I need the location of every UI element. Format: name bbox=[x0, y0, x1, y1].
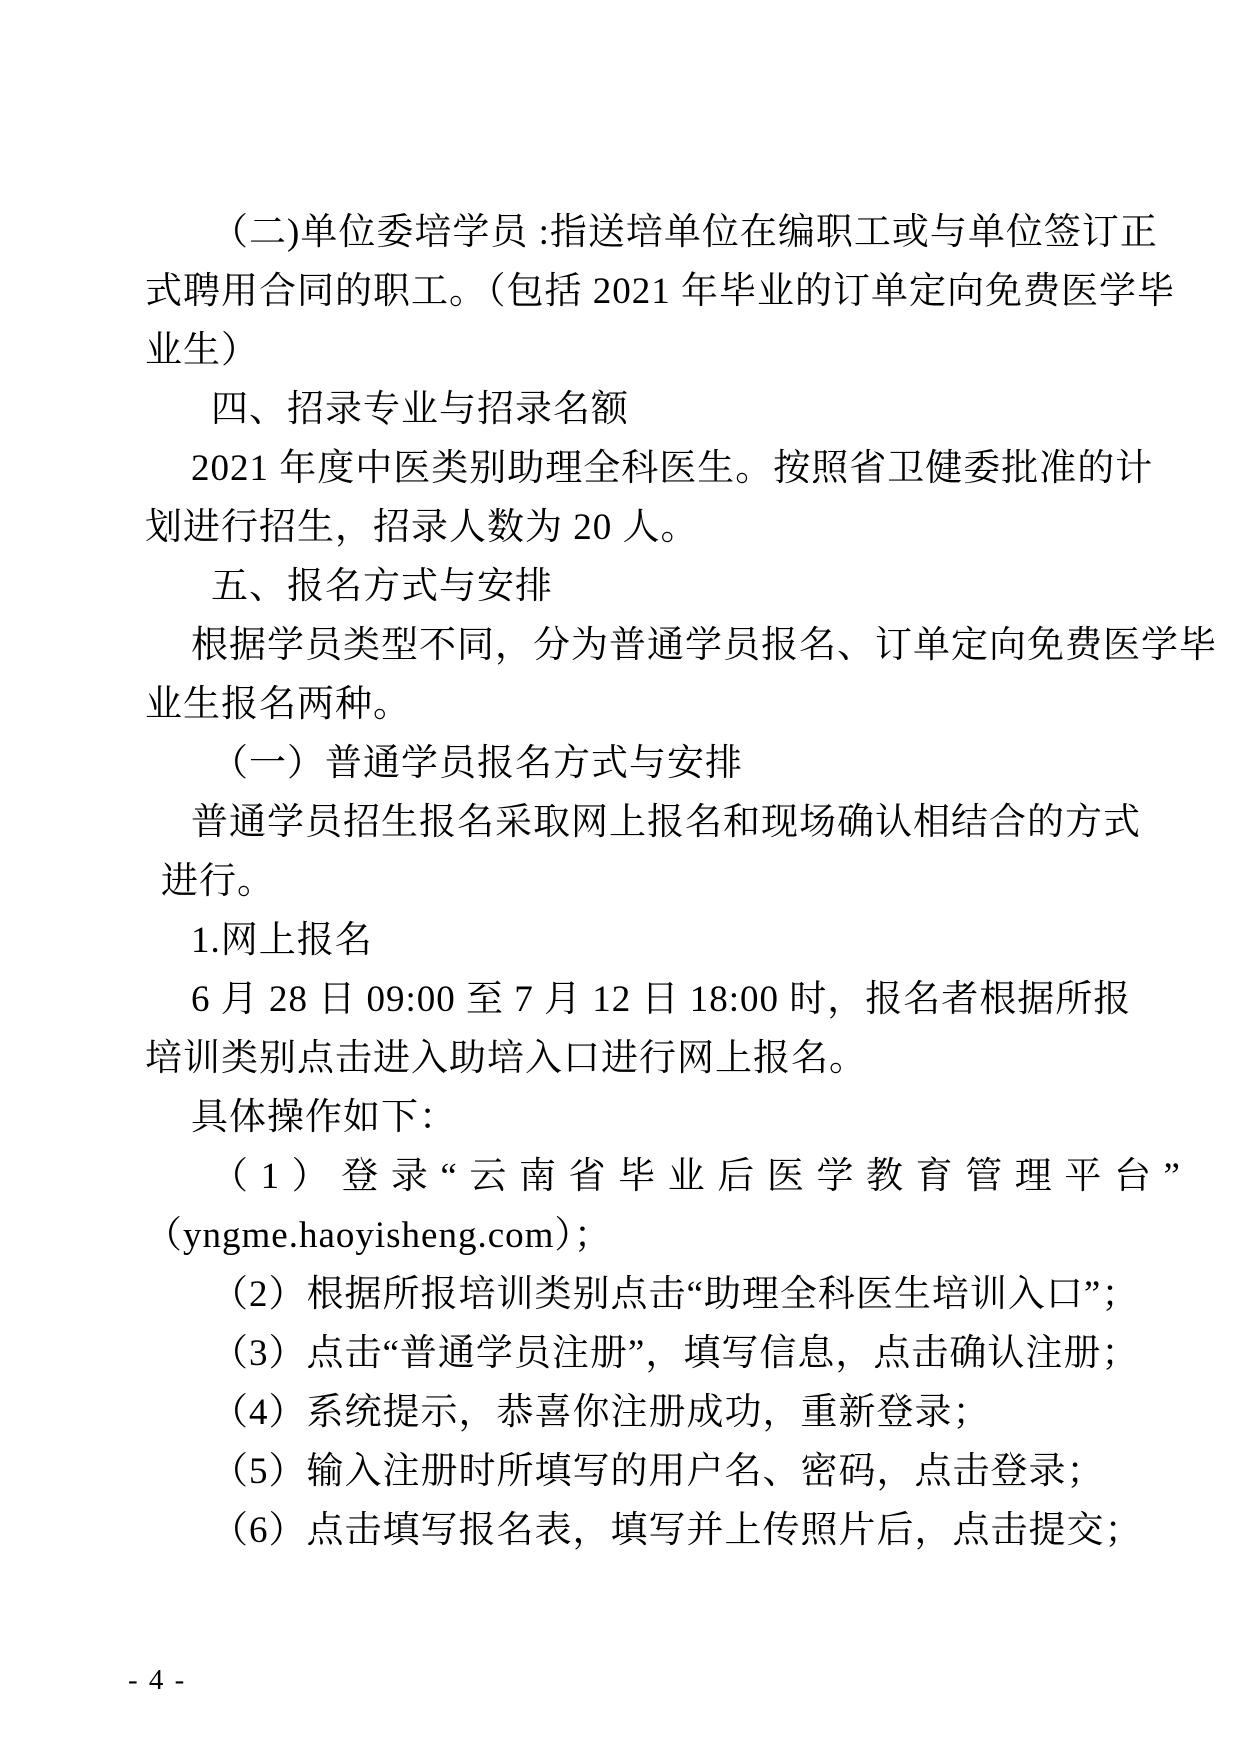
document-body: （二)单位委培学员 :指送培单位在编职工或与单位签订正 式聘用合同的职工。（包括… bbox=[145, 203, 1107, 1560]
doc-line: 业生报名两种。 bbox=[145, 675, 1107, 734]
list-item: （2）根据所报培训类别点击“助理全科医生培训入口”； bbox=[145, 1265, 1107, 1324]
section-heading: 五、报名方式与安排 bbox=[145, 557, 1107, 616]
doc-line: 2021 年度中医类别助理全科医生。按照省卫健委批准的计 bbox=[145, 439, 1107, 498]
section-heading: 四、招录专业与招录名额 bbox=[145, 380, 1107, 439]
doc-line: 式聘用合同的职工。（包括 2021 年毕业的订单定向免费医学毕 bbox=[145, 262, 1107, 321]
doc-line: 根据学员类型不同，分为普通学员报名、订单定向免费医学毕 bbox=[145, 616, 1107, 675]
doc-line: 进行。 bbox=[145, 852, 1107, 911]
list-heading: 1.网上报名 bbox=[145, 911, 1107, 970]
subsection-heading: （一）普通学员报名方式与安排 bbox=[145, 734, 1107, 793]
doc-line: 普通学员招生报名采取网上报名和现场确认相结合的方式 bbox=[145, 793, 1107, 852]
doc-line: 业生） bbox=[145, 321, 1107, 380]
doc-line: 划进行招生，招录人数为 20 人。 bbox=[145, 498, 1107, 557]
page-number: - 4 - bbox=[128, 1664, 186, 1697]
list-item: （6）点击填写报名表，填写并上传照片后，点击提交； bbox=[145, 1501, 1107, 1560]
document-page: （二)单位委培学员 :指送培单位在编职工或与单位签订正 式聘用合同的职工。（包括… bbox=[0, 0, 1241, 1754]
list-item: （4）系统提示，恭喜你注册成功，重新登录； bbox=[145, 1383, 1107, 1442]
doc-line: 6 月 28 日 09:00 至 7 月 12 日 18:00 时，报名者根据所… bbox=[145, 970, 1107, 1029]
doc-line: （二)单位委培学员 :指送培单位在编职工或与单位签订正 bbox=[145, 203, 1107, 262]
list-item: （1）登录“云南省毕业后医学教育管理平台” bbox=[145, 1147, 1107, 1206]
list-item: （5）输入注册时所填写的用户名、密码，点击登录； bbox=[145, 1442, 1107, 1501]
doc-line-url: （yngme.haoyisheng.com）； bbox=[145, 1206, 1107, 1265]
doc-line: 具体操作如下： bbox=[145, 1088, 1107, 1147]
doc-line: 培训类别点击进入助培入口进行网上报名。 bbox=[145, 1029, 1107, 1088]
list-item: （3）点击“普通学员注册”，填写信息，点击确认注册； bbox=[145, 1324, 1107, 1383]
